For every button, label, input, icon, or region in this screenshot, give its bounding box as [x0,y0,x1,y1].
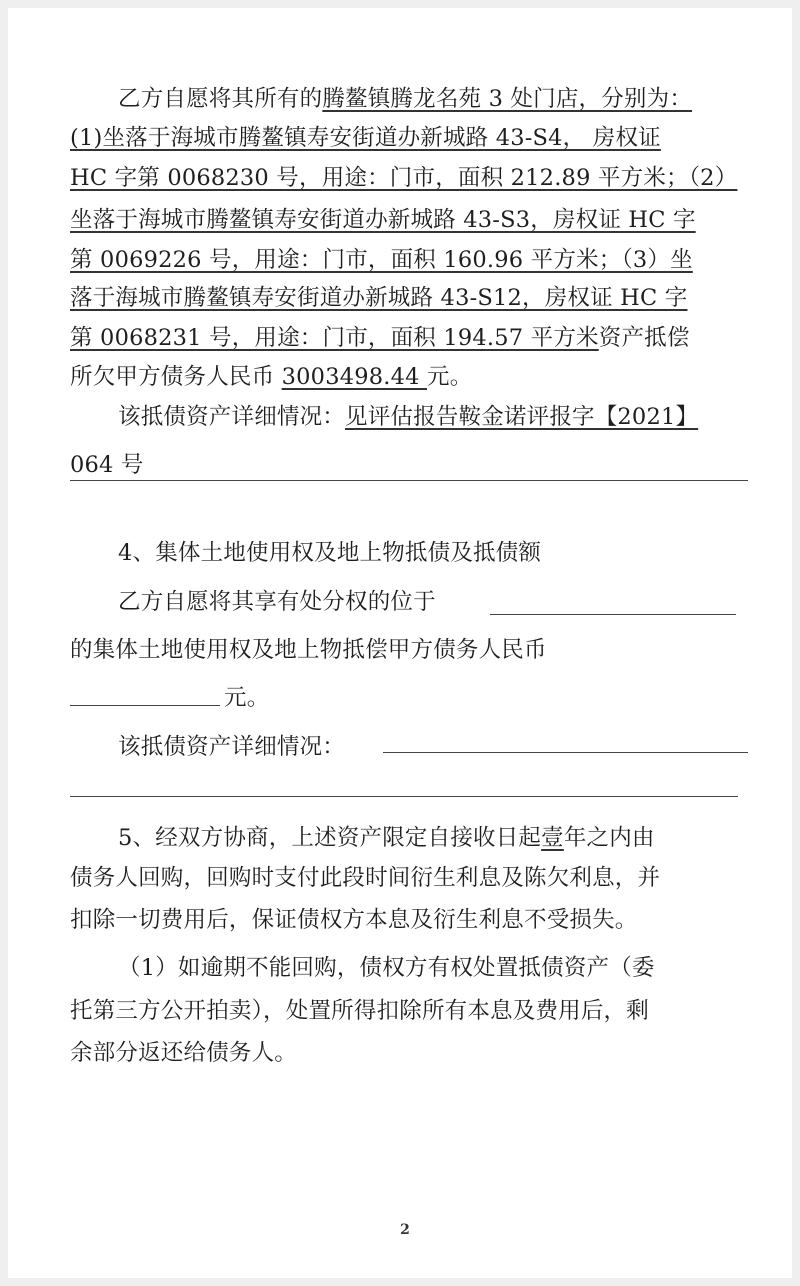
text: 托第三方公开拍卖），处置所得扣除所有本息及费用后，剩 [70,998,649,1024]
filled-blank: (1)坐落于海城市腾鳌镇寿安街道办新城路 43-S4， 房权证 [70,125,661,151]
text: 扣除一切费用后，保证债权方本息及衍生利息不受损失。 [70,907,638,933]
page-number: 2 [393,1222,417,1238]
text: （1）如逾期不能回购，债权方有权处置抵债资产（委 [118,955,655,981]
text: 乙方自愿将其享有处分权的位于 [118,589,436,615]
paragraph-line: 扣除一切费用后，保证债权方本息及衍生利息不受损失。 [70,903,638,937]
filled-blank: 壹 [541,825,564,851]
text: 年之内由 [564,825,655,851]
section-heading: 5、经双方协商，上述资产限定自接收日起壹年之内由 [118,821,655,855]
text: 元。 [224,685,269,711]
heading-text: 4、集体土地使用权及地上物抵债及抵债额 [118,540,541,566]
text: 元。 [427,364,472,390]
paragraph-line: 第 0068231 号，用途：门市，面积 194.57 平方米资产抵偿 [70,321,690,355]
text: 5、经双方协商，上述资产限定自接收日起 [118,825,541,851]
amount-blank [70,705,220,706]
paragraph-line: 坐落于海城市腾鳌镇寿安街道办新城路 43-S3，房权证 HC 字 [70,203,696,237]
text: 该抵债资产详细情况： [118,734,345,760]
text: 债务人回购，回购时支付此段时间衍生利息及陈欠利息，并 [70,865,660,891]
details-blank [70,796,738,797]
paragraph-line: 第 0069226 号，用途：门市，面积 160.96 平方米；（3）坐 [70,243,693,277]
paragraph-line: 所欠甲方债务人民币 3003498.44 元。 [70,360,472,394]
paragraph-line: 064 号 [70,448,144,482]
paragraph-line: (1)坐落于海城市腾鳌镇寿安街道办新城路 43-S4， 房权证 [70,121,661,155]
text: 资产抵偿 [599,325,690,351]
filled-blank: 落于海城市腾鳌镇寿安街道办新城路 43-S12，房权证 HC 字 [70,285,687,311]
paragraph-line: HC 字第 0068230 号，用途：门市，面积 212.89 平方米；（2） [70,161,737,195]
filled-blank: 064 号 [70,452,144,478]
text: 乙方自愿将其所有的 [118,86,322,112]
paragraph-line: 乙方自愿将其享有处分权的位于 [118,585,436,619]
amount-blank: 3003498.44 [282,364,427,390]
filled-blank: 第 0069226 号，用途：门市，面积 160.96 平方米；（3）坐 [70,247,693,273]
paragraph-line: 托第三方公开拍卖），处置所得扣除所有本息及费用后，剩 [70,994,649,1028]
filled-blank: 腾鳌镇腾龙名苑 3 处门店，分别为： [322,86,692,112]
underline-blank [70,480,748,481]
location-blank [490,614,736,615]
paragraph-line: 该抵债资产详细情况： [118,730,345,764]
filled-blank: 第 0068231 号，用途：门市，面积 194.57 平方米 [70,325,599,351]
paragraph-line: 的集体土地使用权及地上物抵偿甲方债务人民币 [70,633,547,667]
paragraph-line: 该抵债资产详细情况：见评估报告鞍金诺评报字【2021】 [118,400,698,434]
paragraph-line: 余部分返还给债务人。 [70,1036,297,1070]
paragraph-line: 乙方自愿将其所有的腾鳌镇腾龙名苑 3 处门店，分别为： [118,82,692,116]
text: 该抵债资产详细情况： [118,404,345,430]
paragraph-line: 落于海城市腾鳌镇寿安街道办新城路 43-S12，房权证 HC 字 [70,281,687,315]
filled-blank: 坐落于海城市腾鳌镇寿安街道办新城路 43-S3，房权证 HC 字 [70,207,696,233]
filled-blank: 见评估报告鞍金诺评报字【2021】 [345,404,698,430]
paragraph-line: 元。 [224,681,269,715]
paragraph-line: 债务人回购，回购时支付此段时间衍生利息及陈欠利息，并 [70,861,660,895]
text: 的集体土地使用权及地上物抵偿甲方债务人民币 [70,637,547,663]
paragraph-line: （1）如逾期不能回购，债权方有权处置抵债资产（委 [118,951,655,985]
details-blank [383,752,748,753]
filled-blank: HC 字第 0068230 号，用途：门市，面积 212.89 平方米；（2） [70,165,737,191]
document-page: 乙方自愿将其所有的腾鳌镇腾龙名苑 3 处门店，分别为： (1)坐落于海城市腾鳌镇… [8,8,792,1278]
text: 余部分返还给债务人。 [70,1040,297,1066]
section-heading: 4、集体土地使用权及地上物抵债及抵债额 [118,536,541,570]
text: 所欠甲方债务人民币 [70,364,282,390]
